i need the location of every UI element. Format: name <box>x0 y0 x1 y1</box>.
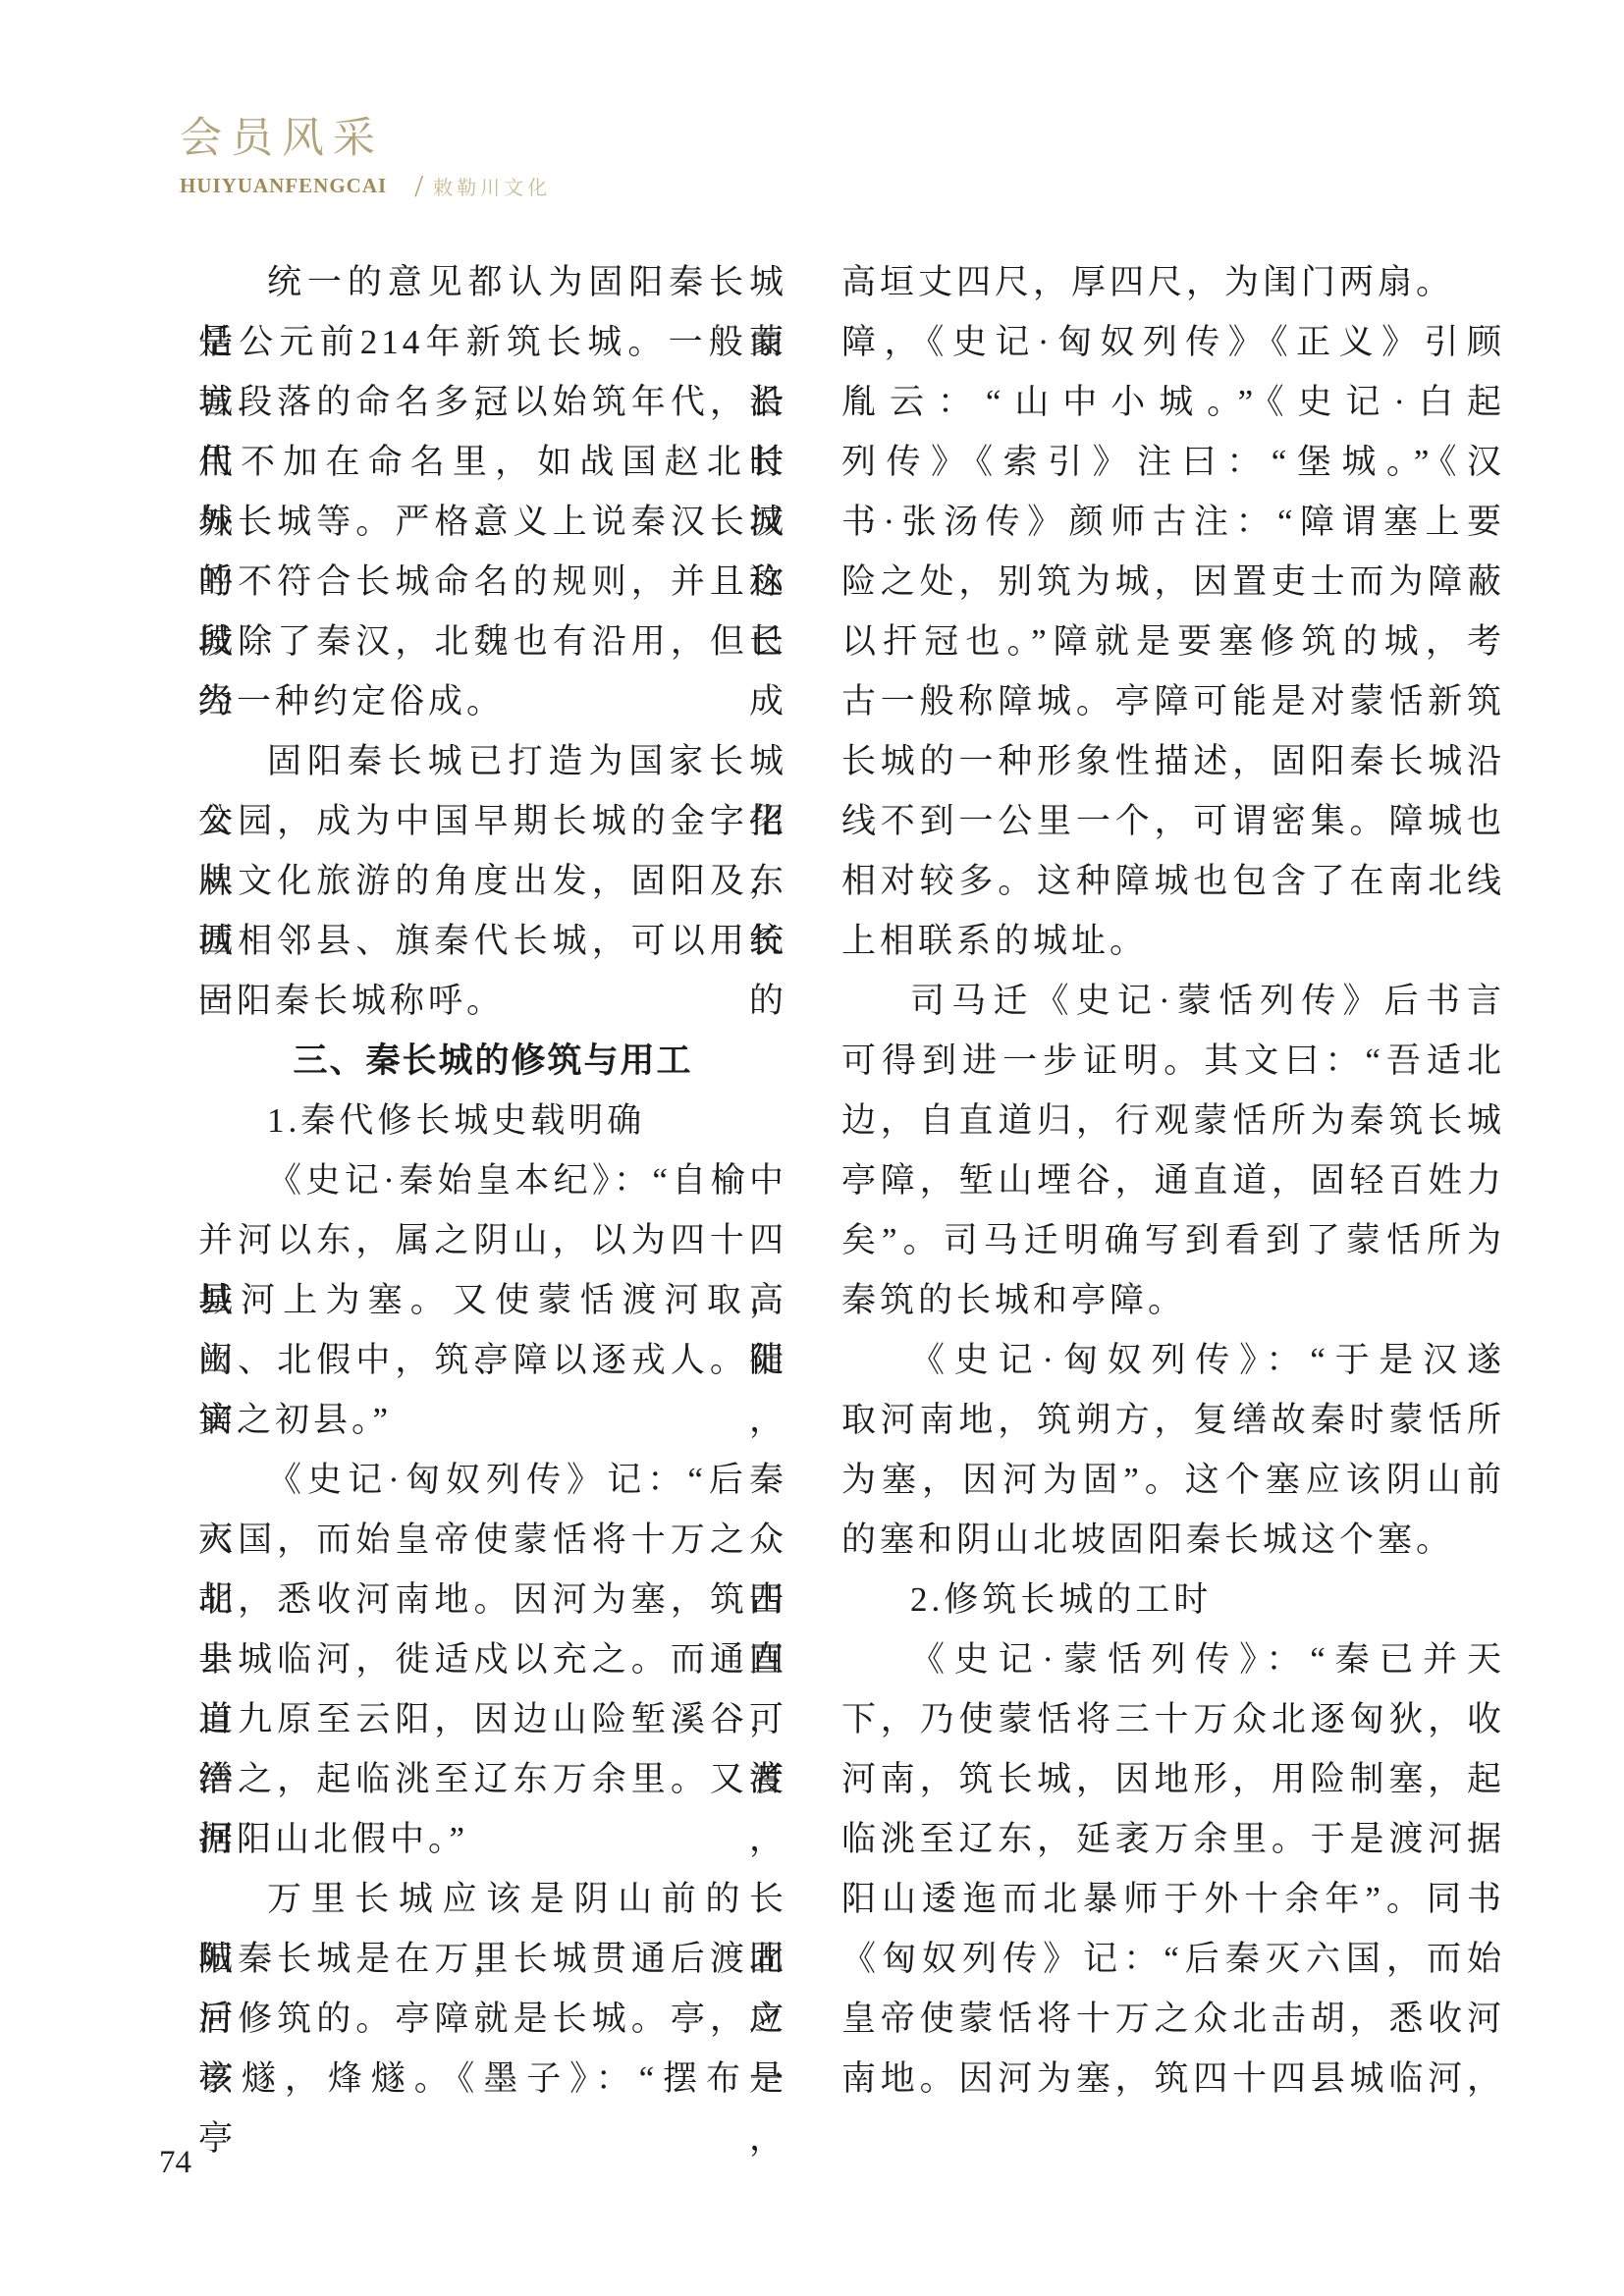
text-line: 《史记·匈奴列传》记：“后秦灭 <box>198 1450 787 1510</box>
text-line: 胡，悉收河南地。因河为塞，筑四十四 <box>198 1570 787 1629</box>
text-line: 城河上为塞。又使蒙恬渡河取高阙、阳 <box>198 1270 787 1330</box>
text-line: 恬公元前214年新筑长城。一般而言，长 <box>198 312 787 372</box>
text-line: 城除了秦汉，北魏也有沿用，但已经成 <box>198 612 787 671</box>
text-line: 自九原至云阳，因边山险堑溪谷可缮者 <box>198 1689 787 1749</box>
text-line: 2.修筑长城的工时 <box>841 1570 1505 1629</box>
text-line: 城段落的命名多冠以始筑年代，沿用时 <box>198 372 787 432</box>
text-line: 统一的意见都认为固阳秦长城是蒙 <box>198 252 787 312</box>
right-text-column: 高垣丈四尺，厚四尺，为闺门两扇。障，《史记·匈奴列传》《正义》引顾胤云：“山中小… <box>841 252 1505 2109</box>
text-line: 皇帝使蒙恬将十万之众北击胡，悉收河 <box>841 1989 1505 2049</box>
text-line: 呼不符合长城命名的规则，并且这段长 <box>198 552 787 612</box>
text-line: 城相邻县、旗秦代长城，可以用统一的 <box>198 911 787 971</box>
text-line: 亭燧，烽燧。《墨子》：“摆布一亭， <box>198 2049 787 2109</box>
text-line: 古一般称障城。亭障可能是对蒙恬新筑 <box>841 671 1505 731</box>
text-line: 《史记·秦始皇本纪》：“自榆中 <box>198 1150 787 1210</box>
text-line: 下，乃使蒙恬将三十万众北逐匈狄，收 <box>841 1689 1505 1749</box>
text-line: 高垣丈四尺，厚四尺，为闺门两扇。 <box>841 252 1505 312</box>
page-number: 74 <box>159 2146 191 2179</box>
text-line: 南地。因河为塞，筑四十四县城临河， <box>841 2049 1505 2109</box>
text-line: 阳秦长城是在万里长城贯通后渡北河之 <box>198 1929 787 1989</box>
text-line: 以扞冠也。”障就是要塞修筑的城，考 <box>841 612 1505 671</box>
page-header: 会员风采 HUIYUANFENGCAI / 敕勒川文化 <box>180 116 551 204</box>
text-line: 矣”。司马迁明确写到看到了蒙恬所为 <box>841 1210 1505 1270</box>
text-line: 的塞和阴山北坡固阳秦长城这个塞。 <box>841 1510 1505 1570</box>
text-line: 临洮至辽东，延袤万余里。于是渡河据 <box>841 1809 1505 1869</box>
text-line: 河南，筑长城，因地形，用险制塞，起 <box>841 1749 1505 1809</box>
text-line: 治之，起临洮至辽东万余里。又渡河， <box>198 1749 787 1809</box>
column-title-pinyin: HUIYUANFENGCAI <box>180 174 387 198</box>
text-line: 并河以东，属之阴山，以为四十四县， <box>198 1210 787 1270</box>
text-line: 1.秦代修长城史载明确 <box>198 1091 787 1150</box>
text-line: 从文化旅游的角度出发，固阳及东西长 <box>198 851 787 911</box>
text-line: 亭障，堑山堙谷，通直道，固轻百姓力 <box>841 1150 1505 1210</box>
text-line: 秦筑的长城和亭障。 <box>841 1270 1505 1330</box>
section-heading: 三、秦长城的修筑与用工 <box>198 1031 787 1091</box>
text-line: 取河南地，筑朔方，复缮故秦时蒙恬所 <box>841 1390 1505 1450</box>
text-line: 六国，而始皇帝使蒙恬将十万之众北击 <box>198 1510 787 1570</box>
text-line: 相对较多。这种障城也包含了在南北线 <box>841 851 1505 911</box>
text-line: 山、北假中，筑亭障以逐戎人。徙谪， <box>198 1330 787 1390</box>
text-line: 代不加在命名里，如战国赵北长城、汉 <box>198 432 787 492</box>
text-line: 《史记·蒙恬列传》：“秦已并天 <box>841 1629 1505 1689</box>
series-label: 敕勒川文化 <box>433 172 551 200</box>
text-line: 险之处，别筑为城，因置吏士而为障蔽 <box>841 552 1505 612</box>
text-line: 阳山逶迤而北暴师于外十余年”。同书 <box>841 1869 1505 1929</box>
column-title: 会员风采 <box>180 116 551 163</box>
text-line: 长城的一种形象性描述，固阳秦长城沿 <box>841 731 1505 791</box>
text-line: 边，自直道归，行观蒙恬所为秦筑长城 <box>841 1091 1505 1150</box>
text-line: 线不到一公里一个，可谓密集。障城也 <box>841 791 1505 851</box>
text-line: 后修筑的。亭障就是长城。亭，应该是 <box>198 1989 787 2049</box>
text-line: 公园，成为中国早期长城的金字招牌， <box>198 791 787 851</box>
text-line: 固阳秦长城已打造为国家长城文化 <box>198 731 787 791</box>
text-line: 上相联系的城址。 <box>841 911 1505 971</box>
left-text-column: 统一的意见都认为固阳秦长城是蒙恬公元前214年新筑长城。一般而言，长城段落的命名… <box>198 252 787 2109</box>
text-line: 县城临河，徙适戍以充之。而通直道， <box>198 1629 787 1689</box>
text-line: 列传》《索引》注曰：“堡城。”《汉 <box>841 432 1505 492</box>
text-line: 书·张汤传》颜师古注：“障谓塞上要 <box>841 492 1505 552</box>
text-line: 《史记·匈奴列传》：“于是汉遂 <box>841 1330 1505 1390</box>
text-line: 可得到进一步证明。其文曰：“吾适北 <box>841 1031 1505 1091</box>
text-line: 为塞，因河为固”。这个塞应该阴山前 <box>841 1450 1505 1510</box>
text-line: 《匈奴列传》记：“后秦灭六国，而始 <box>841 1929 1505 1989</box>
text-line: 胤云：“山中小城。”《史记·白起 <box>841 372 1505 432</box>
text-line: 司马迁《史记·蒙恬列传》后书言 <box>841 971 1505 1031</box>
column-subtitle-row: HUIYUANFENGCAI / 敕勒川文化 <box>180 168 551 204</box>
magazine-page: 会员风采 HUIYUANFENGCAI / 敕勒川文化 统一的意见都认为固阳秦长… <box>0 0 1624 2296</box>
divider-slash: / <box>414 168 423 204</box>
text-line: 障，《史记·匈奴列传》《正义》引顾 <box>841 312 1505 372</box>
text-line: 万里长城应该是阴山前的长城，固 <box>198 1869 787 1929</box>
text-line: 外长城等。严格意义上说秦汉长城的称 <box>198 492 787 552</box>
